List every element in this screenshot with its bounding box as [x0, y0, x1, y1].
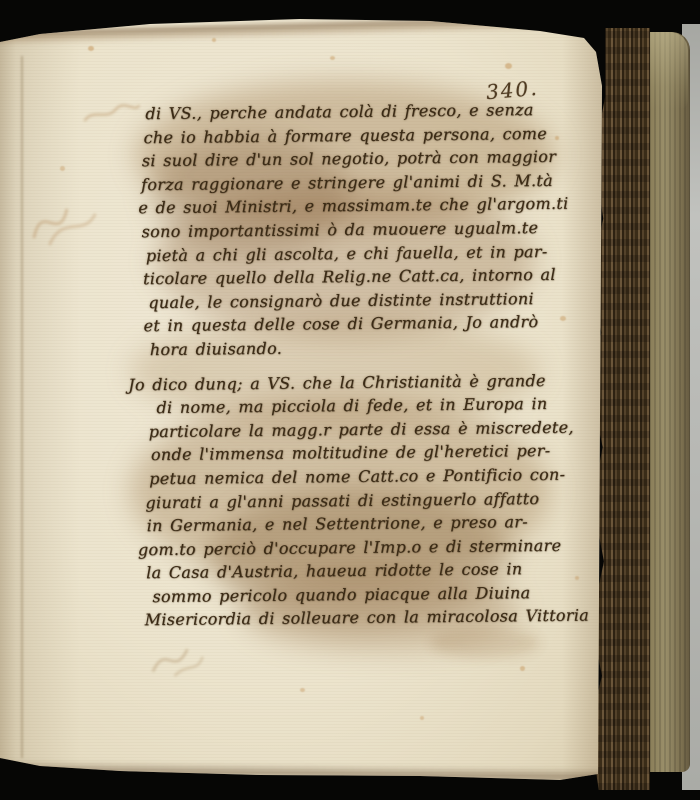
- foxing-spot: [420, 716, 424, 720]
- foxing-spot: [330, 56, 335, 60]
- ink-bleedthrough-mark: [143, 633, 208, 691]
- paragraph-1: di VS., perche andata colà di fresco, e …: [125, 98, 580, 362]
- paragraph-2: Jo dico dunq; a VS. che la Christianità …: [128, 368, 583, 632]
- foxing-spot: [88, 46, 94, 51]
- foxing-spot: [300, 688, 305, 692]
- foxing-spot: [60, 166, 65, 171]
- manuscript-line: hora diuisando.: [150, 334, 580, 362]
- foxing-spot: [520, 666, 525, 671]
- manuscript-line: et in questa delle cose di Germania, Jo …: [143, 310, 579, 338]
- scan-background: 340. di VS., perche andata colà di fresc…: [0, 0, 700, 800]
- foxing-spot: [212, 38, 216, 42]
- manuscript-text-block: di VS., perche andata colà di fresco, e …: [125, 98, 583, 633]
- manuscript-line: Misericordia di solleuare con la miracol…: [145, 604, 583, 632]
- manuscript-page: 340. di VS., perche andata colà di fresc…: [0, 16, 602, 786]
- foxing-spot: [505, 63, 512, 69]
- ink-bleedthrough-smudge: [430, 628, 540, 658]
- ink-bleedthrough-mark: [26, 192, 102, 257]
